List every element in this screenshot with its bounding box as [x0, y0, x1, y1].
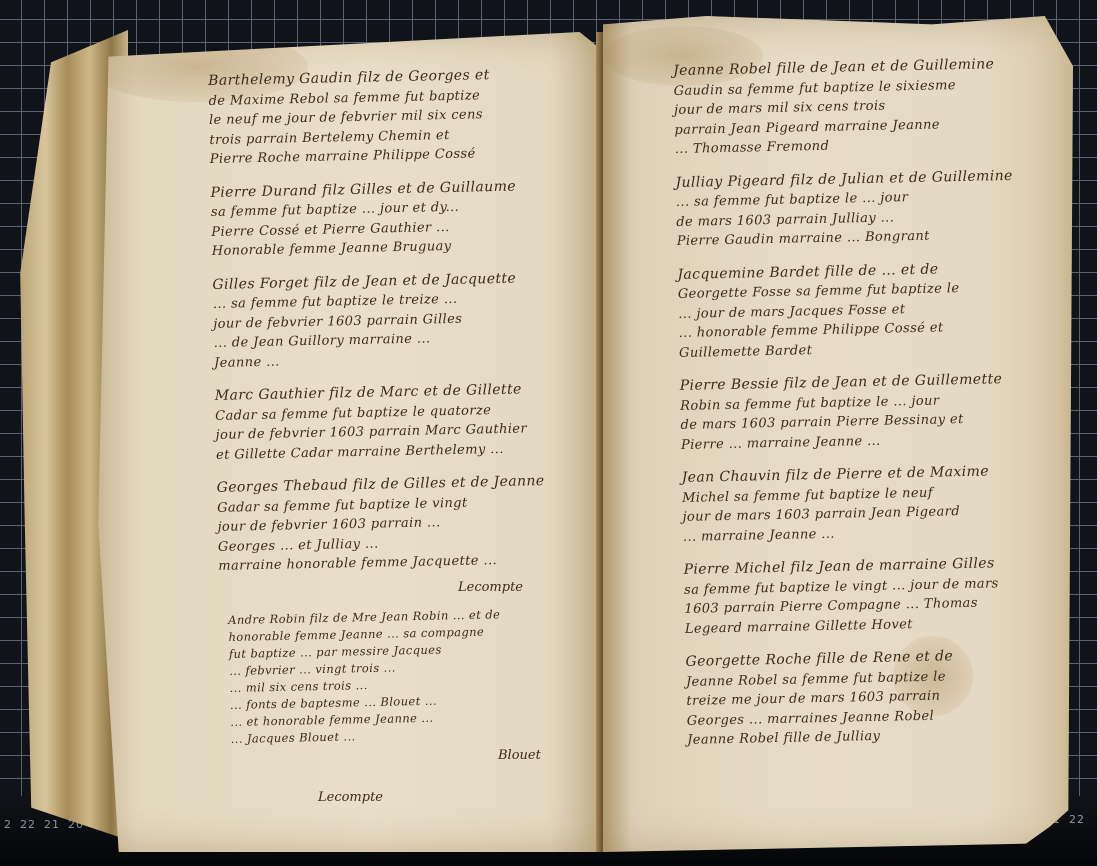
baptism-entry: Marc Gauthier filz de Marc et de Gillett… [215, 379, 607, 465]
signature-lecompte-bottom: Lecompte [318, 790, 383, 805]
signature-lecompte: Lecompte [458, 580, 523, 595]
signature-blouet: Blouet [498, 748, 541, 763]
baptism-entry: Jacquemine Bardet fille de ... et de Geo… [677, 257, 1069, 363]
open-register-book: Barthelemy Gaudin filz de Georges et de … [18, 12, 1084, 858]
right-page-text: Jeanne Robel fille de Jean et de Guillem… [673, 54, 1078, 765]
baptism-entry: Pierre Michel filz Jean de marraine Gill… [683, 553, 1075, 639]
notary-entry: Andre Robin filz de Mre Jean Robin ... e… [228, 604, 601, 748]
page-number: 3 [1057, 24, 1065, 38]
left-page-text: Barthelemy Gaudin filz de Georges et de … [208, 64, 609, 591]
baptism-entry: Pierre Durand filz Gilles et de Guillaum… [210, 175, 602, 261]
baptism-entry: Georges Thebaud filz de Gilles et de Jea… [217, 471, 609, 577]
ruler-tick: 2 [4, 818, 12, 831]
baptism-entry: Julliay Pigeard filz de Julian et de Gui… [675, 165, 1067, 251]
baptism-entry: Gilles Forget filz de Jean et de Jacquet… [212, 267, 604, 373]
baptism-entry: Jeanne Robel fille de Jean et de Guillem… [673, 54, 1065, 160]
baptism-entry: Jean Chauvin filz de Pierre et de Maxime… [682, 461, 1074, 547]
right-page: 3 Jeanne Robel fille de Jean et de Guill… [603, 16, 1073, 852]
baptism-entry: Pierre Bessie filz de Jean et de Guillem… [680, 369, 1072, 455]
left-page: Barthelemy Gaudin filz de Georges et de … [88, 32, 600, 852]
baptism-entry: Barthelemy Gaudin filz de Georges et de … [208, 64, 600, 170]
baptism-entry: Georgette Roche fille de Rene et de Jean… [685, 645, 1077, 751]
